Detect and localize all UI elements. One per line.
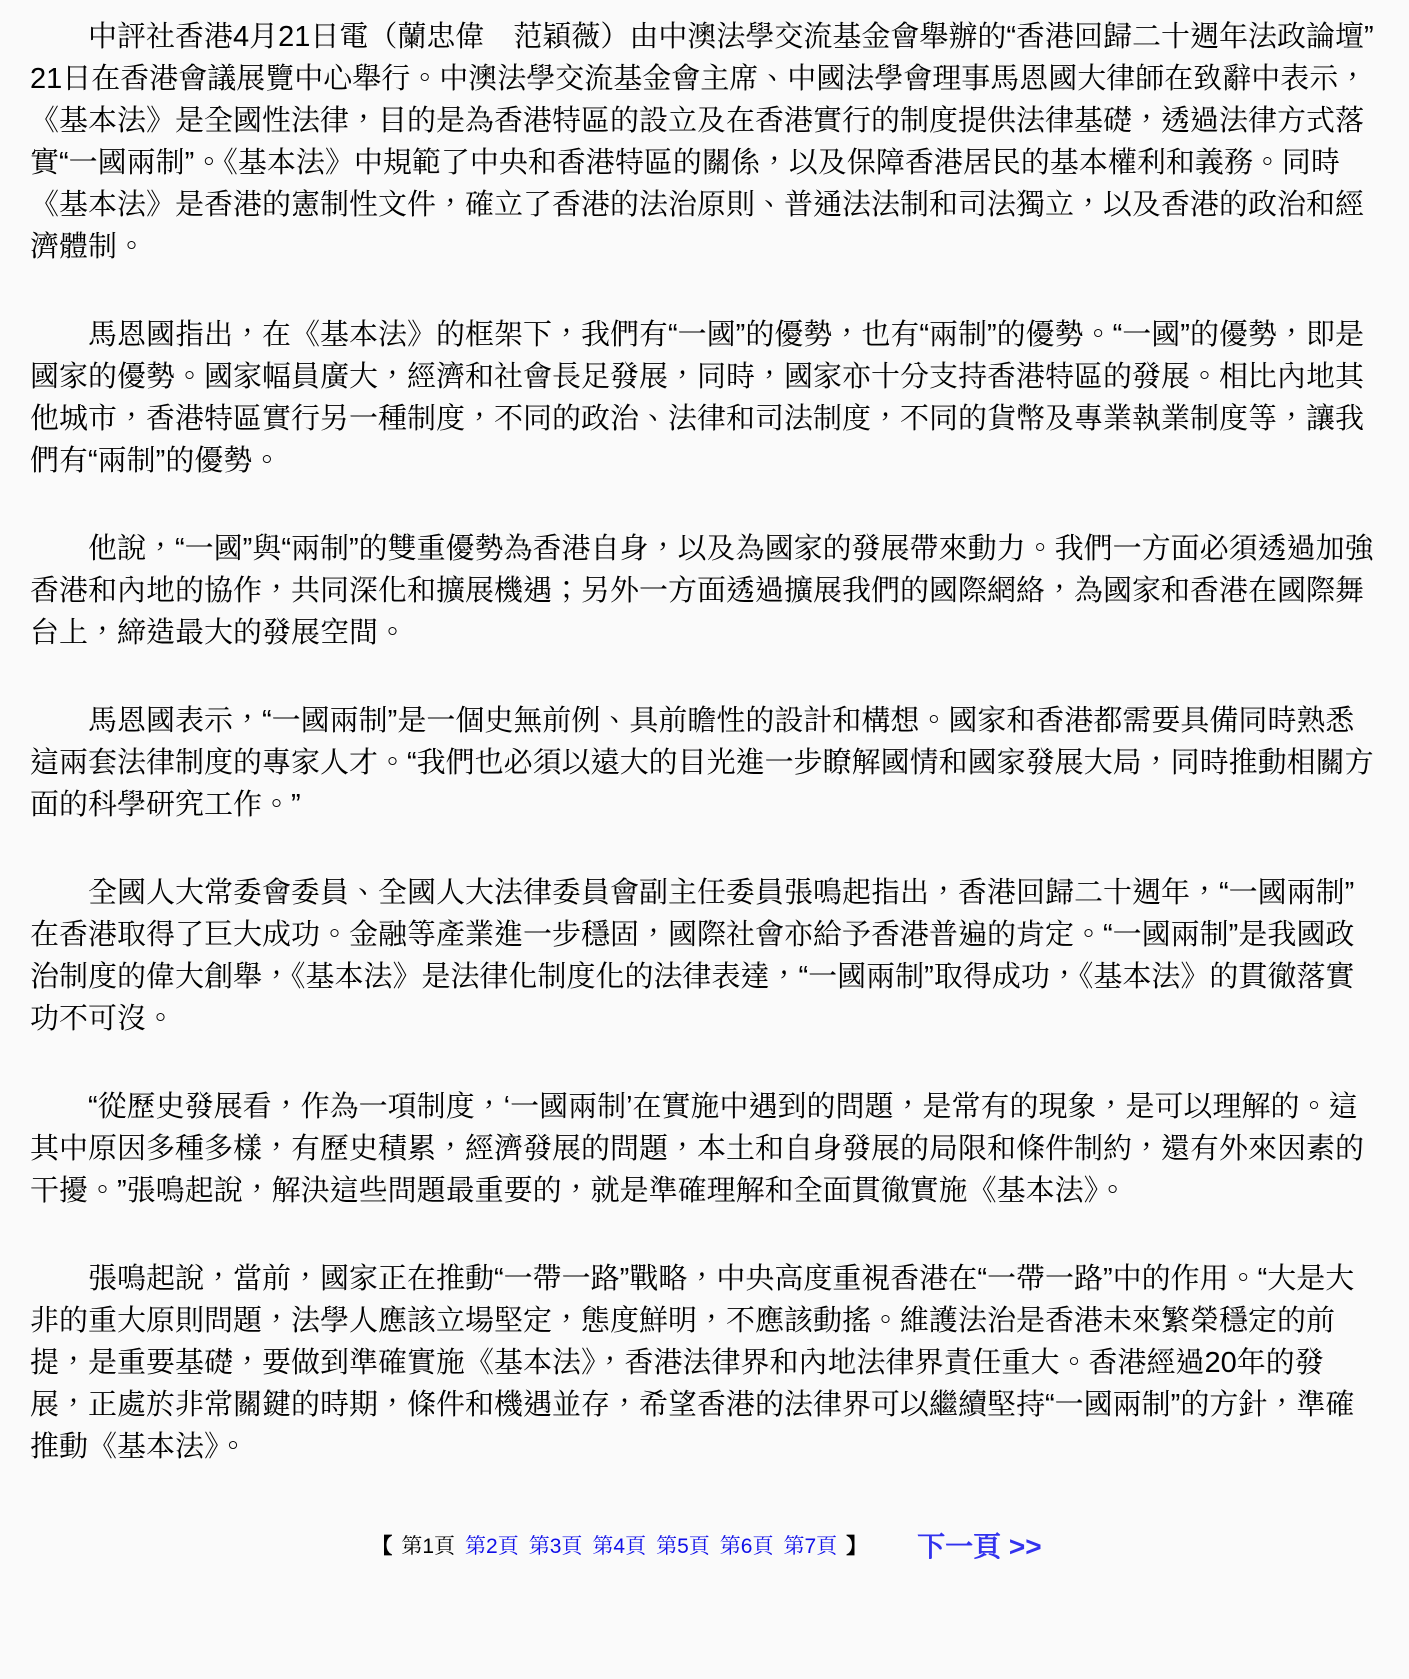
pagination-bracket-open: 【 xyxy=(371,1532,392,1562)
paragraph-2: 馬恩國指出，在《基本法》的框架下，我們有“一國”的優勢，也有“兩制”的優勢。“一… xyxy=(30,314,1379,482)
pagination-page-4-link[interactable]: 第4頁 xyxy=(592,1532,646,1562)
paragraph-5: 全國人大常委會委員、全國人大法律委員會副主任委員張鳴起指出，香港回歸二十週年，“… xyxy=(30,872,1379,1040)
pagination-current-page-1: 第1頁 xyxy=(401,1532,455,1562)
paragraph-6: “從歷史發展看，作為一項制度，‘一國兩制’在實施中遇到的問題，是常有的現象，是可… xyxy=(30,1086,1379,1212)
next-page-link[interactable]: 下一頁 >> xyxy=(917,1532,1041,1562)
paragraph-7: 張鳴起說，當前，國家正在推動“一帶一路”戰略，中央高度重視香港在“一帶一路”中的… xyxy=(30,1258,1379,1468)
pagination-page-5-link[interactable]: 第5頁 xyxy=(656,1532,710,1562)
paragraph-1: 中評社香港4月21日電（蘭忠偉 范穎薇）由中澳法學交流基金會舉辦的“香港回歸二十… xyxy=(30,16,1379,268)
article-page: 中評社香港4月21日電（蘭忠偉 范穎薇）由中澳法學交流基金會舉辦的“香港回歸二十… xyxy=(0,0,1409,1679)
paragraph-4: 馬恩國表示，“一國兩制”是一個史無前例、具前瞻性的設計和構想。國家和香港都需要具… xyxy=(30,700,1379,826)
pagination-page-7-link[interactable]: 第7頁 xyxy=(783,1532,837,1562)
article-body: 中評社香港4月21日電（蘭忠偉 范穎薇）由中澳法學交流基金會舉辦的“香港回歸二十… xyxy=(30,16,1379,1468)
pagination-bar: 【 第1頁 第2頁 第3頁 第4頁 第5頁 第6頁 第7頁 】 下一頁 >> xyxy=(30,1532,1379,1562)
pagination-page-2-link[interactable]: 第2頁 xyxy=(465,1532,519,1562)
pagination-page-6-link[interactable]: 第6頁 xyxy=(720,1532,774,1562)
pagination-bracket-close: 】 xyxy=(846,1532,867,1562)
pagination-page-3-link[interactable]: 第3頁 xyxy=(529,1532,583,1562)
paragraph-3: 他說，“一國”與“兩制”的雙重優勢為香港自身，以及為國家的發展帶來動力。我們一方… xyxy=(30,528,1379,654)
